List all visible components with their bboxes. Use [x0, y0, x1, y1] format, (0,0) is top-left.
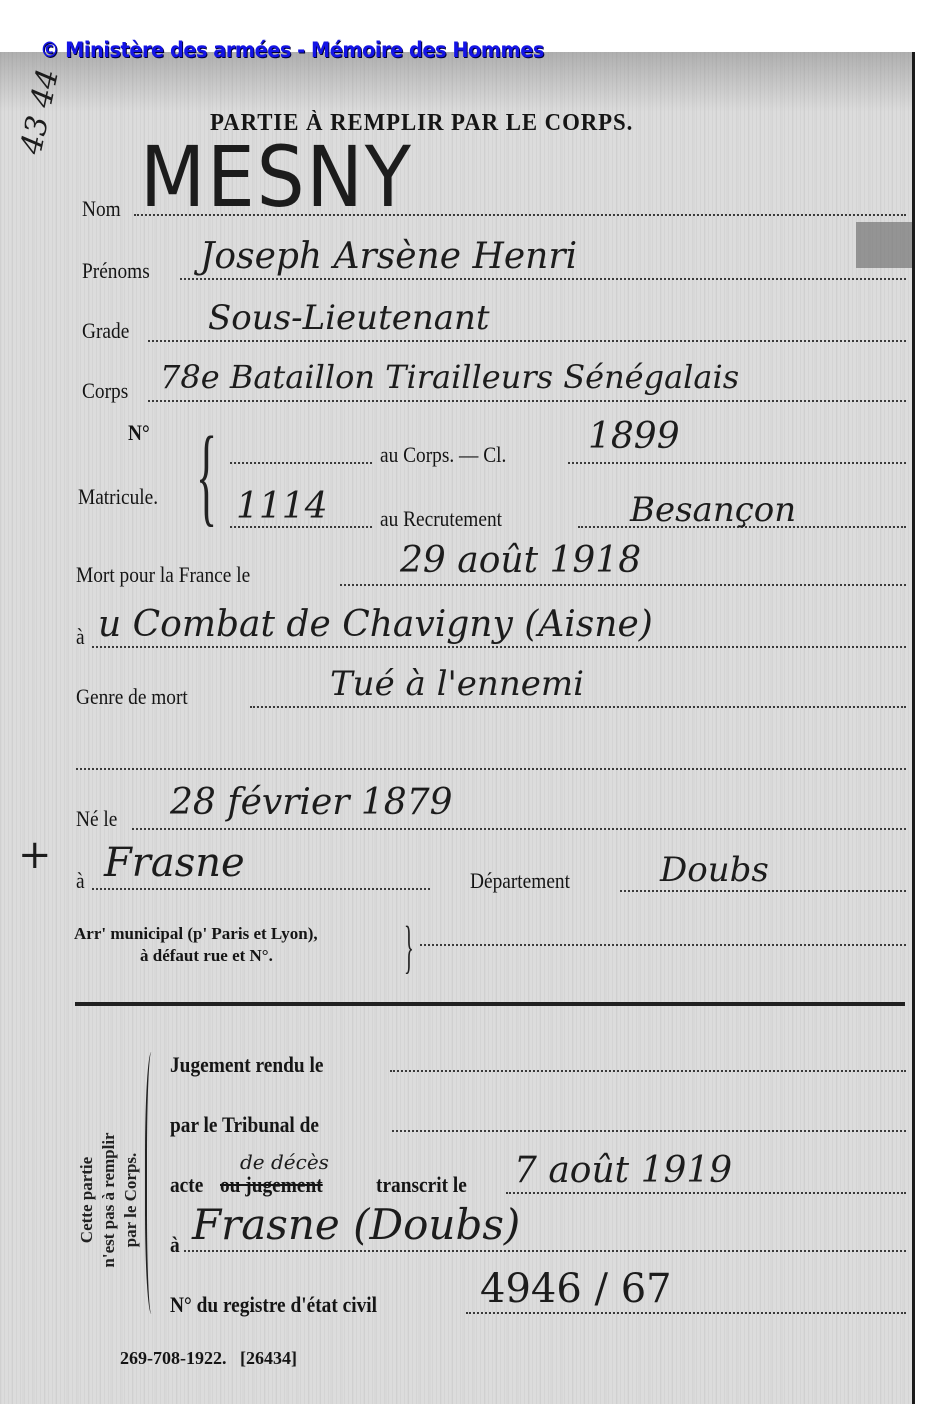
stamp-mark — [856, 222, 912, 268]
mort-a-label: à — [76, 624, 85, 650]
classe-value: 1899 — [588, 416, 680, 457]
lieu-label: à — [170, 1232, 180, 1258]
nom-value: MESNY — [140, 128, 413, 226]
registre-label: N° du registre d'état civil — [170, 1292, 377, 1318]
corps-label: Corps — [82, 378, 128, 404]
ne-a-value: Frasne — [104, 840, 245, 886]
ne-a-label: à — [76, 868, 85, 894]
registre-value: 4946 / 67 — [480, 1266, 672, 1312]
matricule-label: Matricule. — [78, 484, 158, 510]
transcrit-label: transcrit le — [376, 1172, 467, 1198]
ne-le-label: Né le — [76, 806, 117, 832]
section2-brace — [145, 1052, 161, 1314]
mort-le-value: 29 août 1918 — [400, 540, 641, 581]
matricule-brace: { — [196, 420, 217, 530]
mort-a-line — [92, 646, 906, 648]
jugement-label: Jugement rendu le — [170, 1052, 323, 1078]
side-label-line-1: Cette partie — [76, 1080, 98, 1320]
margin-cross-mark: + — [18, 832, 52, 878]
ne-le-value: 28 février 1879 — [170, 782, 453, 823]
section-divider — [75, 1002, 905, 1006]
arrondissement-line — [420, 944, 906, 946]
mort-le-line — [340, 584, 906, 586]
jugement-line — [390, 1070, 906, 1072]
mort-a-value: u Combat de Chavigny (Aisne) — [98, 604, 653, 645]
genre-de-mort-line — [250, 706, 906, 708]
grade-value: Sous-Lieutenant — [208, 298, 490, 338]
departement-line — [620, 890, 906, 892]
genre-de-mort-value: Tué à l'ennemi — [330, 664, 584, 704]
departement-value: Doubs — [660, 850, 769, 890]
prenoms-value: Joseph Arsène Henri — [200, 236, 577, 277]
arrondissement-label-2: à défaut rue et N°. — [140, 946, 273, 966]
grade-label: Grade — [82, 318, 129, 344]
mort-le-label: Mort pour la France le — [76, 562, 250, 588]
au-corps-label: au Corps. — Cl. — [380, 442, 506, 468]
ne-le-line — [132, 828, 906, 830]
au-recrutement-label: au Recrutement — [380, 506, 502, 532]
transcrit-value: 7 août 1919 — [514, 1150, 732, 1191]
lieu-line — [184, 1250, 906, 1252]
arrondissement-brace: } — [404, 918, 414, 976]
tribunal-line — [392, 1130, 906, 1132]
genre-de-mort-label: Genre de mort — [76, 684, 188, 710]
recrutement-no-value: 1114 — [236, 486, 328, 527]
grade-line — [148, 340, 906, 342]
classe-line — [568, 462, 906, 464]
lieu-value: Frasne (Doubs) — [192, 1200, 520, 1249]
ne-a-line — [92, 888, 430, 890]
corps-value: 78e Bataillon Tirailleurs Sénégalais — [160, 358, 739, 396]
prenoms-line — [180, 278, 906, 280]
au-corps-line — [230, 462, 372, 464]
arrondissement-label-1: Arr' municipal (p' Paris et Lyon), — [74, 924, 318, 944]
departement-label: Département — [470, 868, 570, 894]
acte-label: acte — [170, 1172, 203, 1198]
tribunal-label: par le Tribunal de — [170, 1112, 319, 1138]
corps-line — [148, 400, 906, 402]
section2-side-label: Cette partie n'est pas à remplir par le … — [76, 1080, 142, 1320]
extra-line — [76, 768, 906, 770]
transcrit-line — [506, 1192, 906, 1194]
nom-label: Nom — [82, 196, 121, 222]
copyright-watermark: © Ministère des armées - Mémoire des Hom… — [40, 38, 544, 62]
acte-struck-text: ou jugement — [220, 1172, 323, 1198]
side-label-line-3: par le Corps. — [120, 1080, 142, 1320]
matricule-label-no: N° — [128, 420, 150, 446]
prenoms-label: Prénoms — [82, 258, 150, 284]
side-label-line-2: n'est pas à remplir — [98, 1080, 120, 1320]
registre-line — [466, 1312, 906, 1314]
print-reference: 269-708-1922. [26434] — [120, 1348, 297, 1369]
recrutement-place-value: Besançon — [630, 490, 796, 530]
acte-insert: de décès — [240, 1150, 329, 1174]
